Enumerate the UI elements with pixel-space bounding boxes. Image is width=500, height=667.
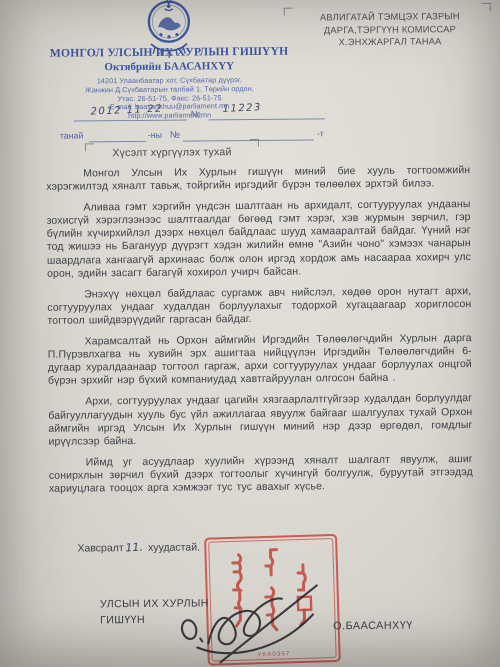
reply-prefix: танай — [60, 130, 84, 140]
handwritten-number: 11223 — [222, 102, 262, 115]
addressee-line: АВЛИГАТАЙ ТЭМЦЭХ ГАЗРЫН — [291, 10, 489, 24]
addressee-line: Х.ЭНХЖАРГАЛ ТАНАА — [291, 35, 489, 49]
addressee-block: АВЛИГАТАЙ ТЭМЦЭХ ГАЗРЫН ДАРГА,ТЭРГҮҮН КО… — [291, 10, 489, 50]
paragraph: Аливаа гэмт хэргийн үндсэн шалтгаан нь а… — [46, 198, 471, 280]
letter-body: Монгол Улсын Их Хурлын гишүүн миний бие … — [46, 164, 473, 504]
reply-suffix: -т — [317, 128, 324, 138]
paragraph: Архи, согтууруулах ундааг цагийн хязгаар… — [48, 392, 472, 448]
paragraph: Энэхүү нөхцөл байдлаас сургамж авч нийсл… — [47, 285, 471, 328]
paragraph: Иймд уг асуудлаар хуулийн хүрээнд хяналт… — [49, 453, 473, 496]
signature-icon — [175, 582, 351, 667]
letter-photo: МОНГОЛ УЛСЫН ИХ ХУРЛЫН ГИШҮҮН Октябрийн … — [0, 0, 500, 667]
number-underline — [209, 118, 325, 120]
handwritten-page-count: 11. — [125, 540, 143, 554]
date-underline — [74, 120, 187, 122]
paragraph: Монгол Улсын Их Хурлын гишүүн миний бие … — [46, 164, 470, 194]
handwritten-date: 2012 11 22 — [90, 103, 163, 117]
attachment-prefix: Хавсралт — [77, 542, 123, 554]
reply-date-underline — [89, 141, 146, 142]
paragraph: Харамсалтай нь Орхон аймгийн Иргэдийн Тө… — [48, 332, 472, 388]
attachment-line: Хавсралт11. хуудастай. — [77, 540, 200, 554]
subject-line: Хүсэлт хүргүүлэх тухай — [81, 146, 263, 160]
attachment-suffix: хуудастай. — [148, 541, 200, 553]
reply-mid: -ны — [148, 130, 162, 140]
letter-paper: МОНГОЛ УЛСЫН ИХ ХУРЛЫН ГИШҮҮН Октябрийн … — [0, 0, 500, 667]
reply-number-underline — [183, 139, 314, 141]
number-sign: № — [191, 109, 201, 120]
reply-number-sign: № — [170, 130, 180, 141]
